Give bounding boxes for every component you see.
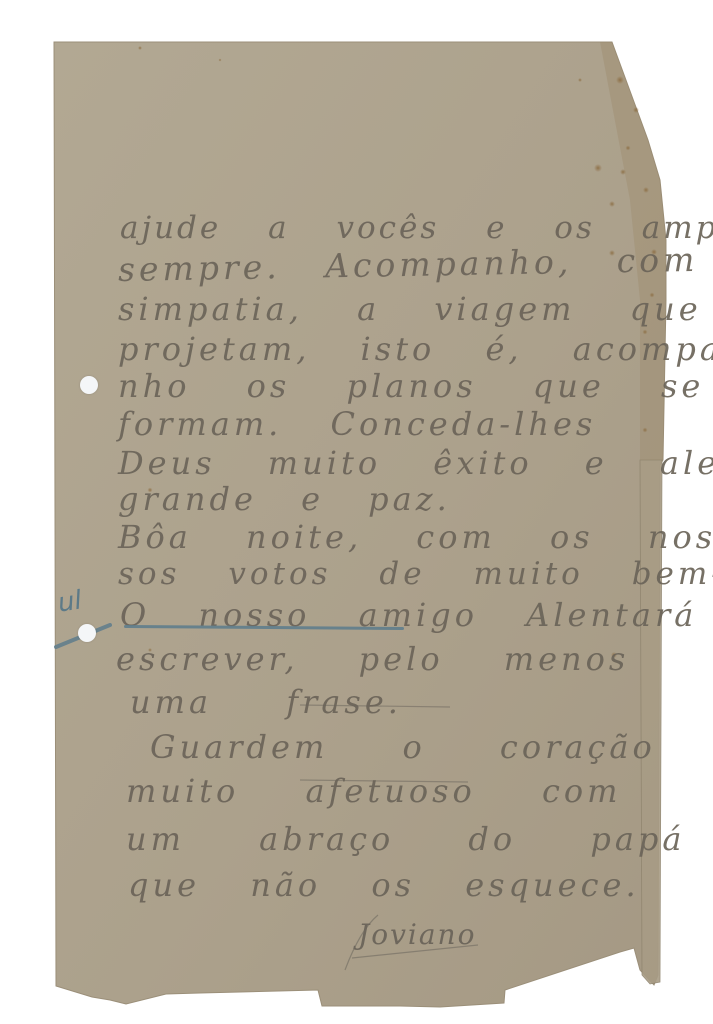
letter-line: um abraço do papá [126,820,685,858]
letter-line: formam. Conceda-lhes [118,405,596,443]
letter-line: muito afetuoso com [126,772,621,810]
letter-line: Deus muito êxito e ale- [118,444,713,482]
letter-line: uma frase. [130,683,402,721]
letter-line: Bôa noite, com os nos- [118,518,713,556]
letter-line: grande e paz. [118,480,451,518]
letter-page: ul ajude a vocês e os ampare sempre. Aco… [0,0,713,1024]
letter-line: escrever, pelo menos [116,640,629,678]
letter-line: projetam, isto é, acompa- [118,330,713,368]
letter-line: sos votos de muito bem-es- [118,556,713,592]
letter-line: Guardem o coração [150,728,656,766]
letter-line: simpatia, a viagem que [118,290,702,328]
punch-hole-upper [80,376,98,394]
signature: Joviano [358,918,476,951]
punch-hole-lower [78,624,96,642]
letter-line: que não os esquece. [128,866,640,904]
letter-line: nho os planos que se [118,367,704,405]
margin-mark: ul [56,585,84,618]
